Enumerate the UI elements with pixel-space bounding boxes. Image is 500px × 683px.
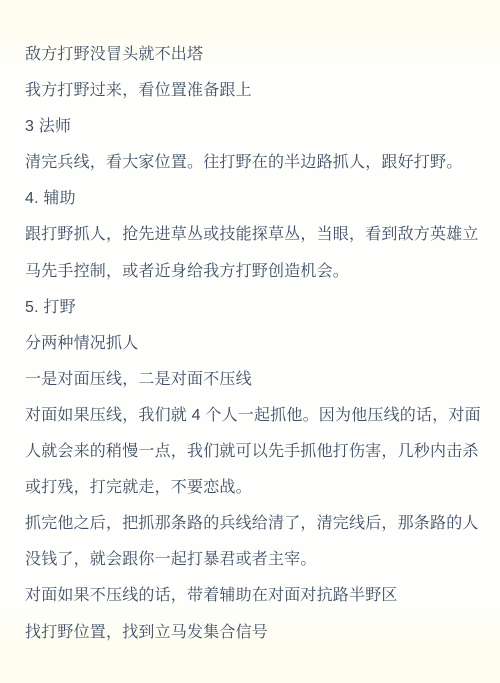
paragraph-line: 抓完他之后，把抓那条路的兵线给清了，清完线后，那条路的人 [25, 506, 480, 542]
section-heading-jungler: 5. 打野 [25, 290, 480, 326]
paragraph-line: 没钱了，就会跟你一起打暴君或者主宰。 [25, 542, 480, 578]
paragraph-line: 分两种情况抓人 [25, 326, 480, 362]
document-page: 敌方打野没冒头就不出塔 我方打野过来，看位置准备跟上 3 法师 清完兵线，看大家… [0, 0, 500, 683]
paragraph-line: 敌方打野没冒头就不出塔 [25, 37, 480, 73]
paragraph-line: 人就会来的稍慢一点，我们就可以先手抓他打伤害，几秒内击杀 [25, 434, 480, 470]
section-heading-mage: 3 法师 [25, 109, 480, 145]
paragraph-line: 对面如果不压线的话，带着辅助在对面对抗路半野区 [25, 578, 480, 614]
paragraph-line: 跟打野抓人，抢先进草丛或技能探草丛，当眼，看到敌方英雄立 [25, 217, 480, 253]
paragraph-line: 清完兵线，看大家位置。往打野在的半边路抓人，跟好打野。 [25, 145, 480, 181]
paragraph-line: 对面如果压线，我们就 4 个人一起抓他。因为他压线的话，对面 [25, 398, 480, 434]
paragraph-line: 一是对面压线，二是对面不压线 [25, 362, 480, 398]
paragraph-line: 或打残，打完就走，不要恋战。 [25, 470, 480, 506]
paragraph-line: 马先手控制，或者近身给我方打野创造机会。 [25, 254, 480, 290]
section-heading-support: 4. 辅助 [25, 181, 480, 217]
paragraph-line: 我方打野过来，看位置准备跟上 [25, 73, 480, 109]
paragraph-line: 找打野位置，找到立马发集合信号 [25, 615, 480, 651]
